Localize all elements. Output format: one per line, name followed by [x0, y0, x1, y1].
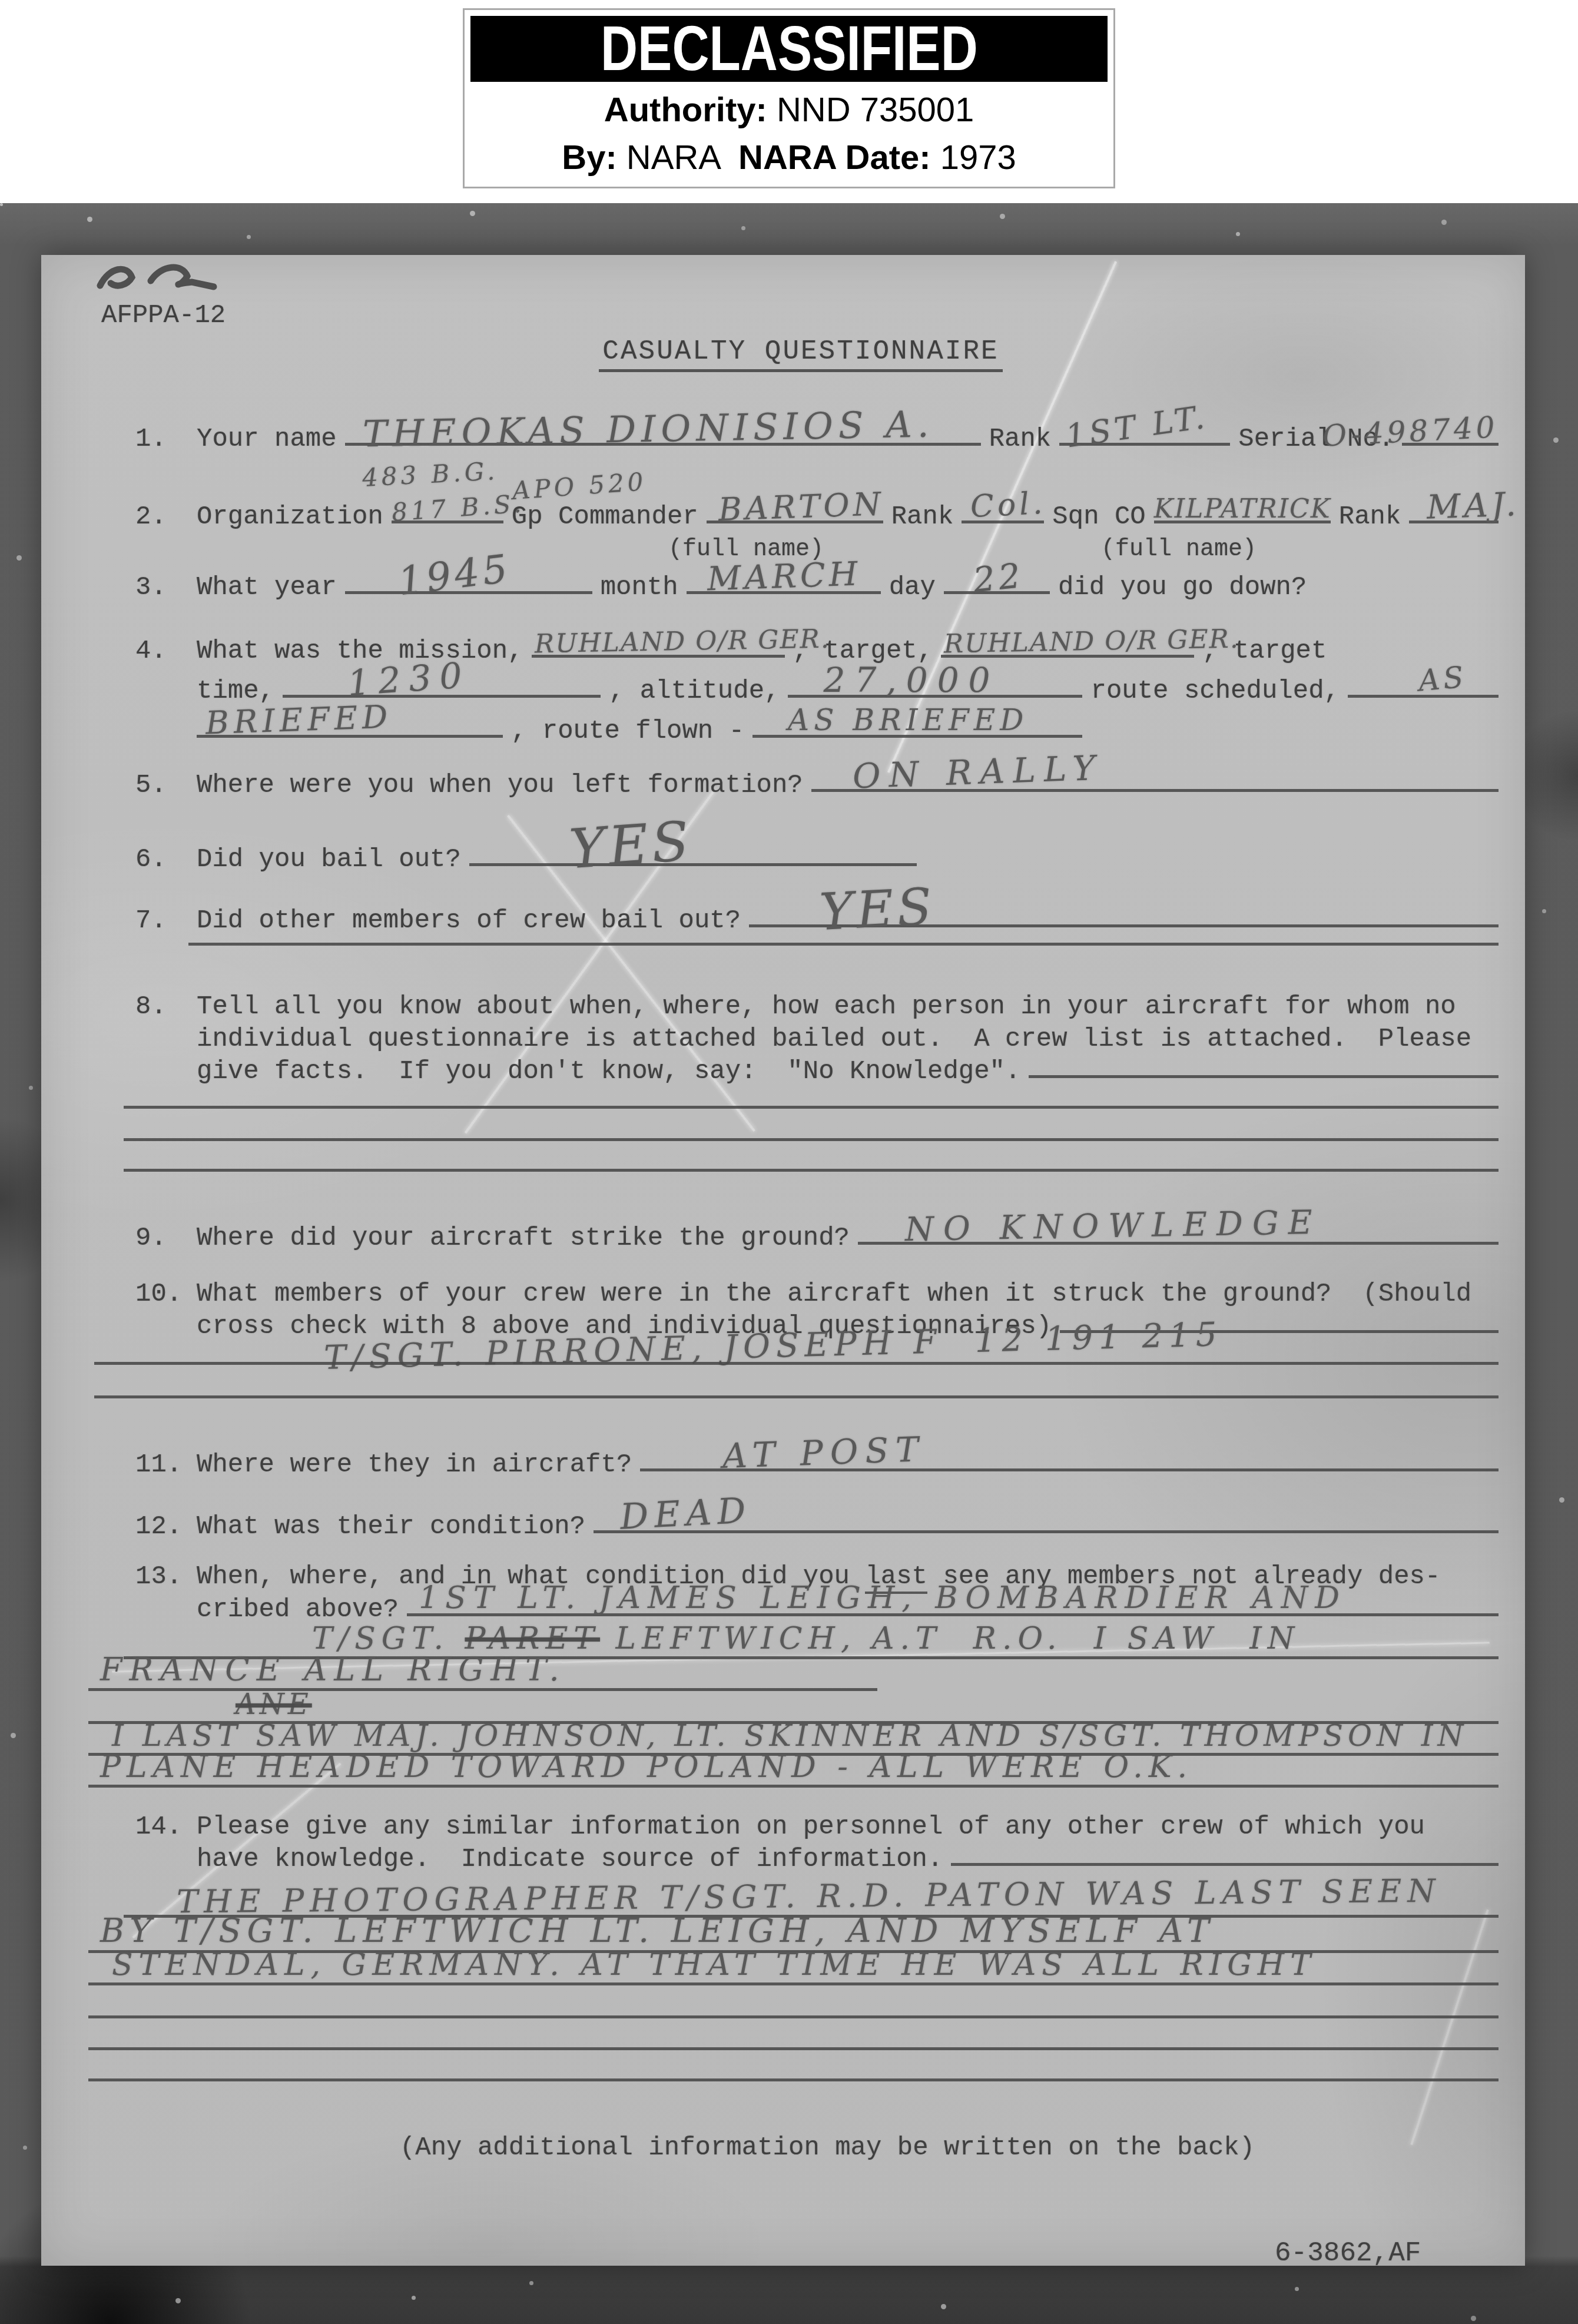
q4-row1: 4. What was the mission, RUHLAND O/R GER… [135, 636, 1499, 666]
declassified-stamp: DECLASSIFIED Authority: NND 735001 By: N… [463, 8, 1115, 188]
q3-suffix: did you go down? [1058, 573, 1307, 602]
q13-row2: cribed above? 1ST LT. JAMES LEIGH, BOMBA… [135, 1595, 1499, 1625]
footer-note: (Any additional information may be writt… [400, 2133, 1255, 2163]
q6-label: Did you bail out? [197, 845, 461, 874]
q1-serial-answer: O-498740 [1322, 412, 1499, 451]
q3-day-answer: 22 [972, 558, 1025, 598]
q8-text-line3: give facts. If you don't know, say: "No … [197, 1057, 1020, 1086]
q13-answer-line4-struck: ANE [236, 1690, 312, 1719]
q1-label: Your name [197, 425, 337, 454]
q9-label: Where did your aircraft strike the groun… [197, 1224, 850, 1253]
q7-blank: YES [749, 915, 1499, 927]
q2-row: 2. Organization 817 B.S. Gp Commander BA… [135, 502, 1499, 532]
q1-number: 1. [135, 425, 188, 454]
q7-label: Did other members of crew bail out? [197, 906, 741, 936]
q4-target-blank: RUHLAND O/R GER. [941, 645, 1194, 658]
q2-rank2-blank: MAJ. [1409, 511, 1499, 523]
form-title: CASUALTY QUESTIONNAIRE [599, 336, 1002, 372]
q13-answer-line5: I LAST SAW MAJ. JOHNSON, LT. SKINNER AND… [112, 1721, 1468, 1751]
paper: AFPPA-12 CASUALTY QUESTIONNAIRE 1. Your … [41, 255, 1525, 2266]
blank-line [124, 1138, 1499, 1141]
q2-org-answer: 817 B.S. [391, 491, 526, 525]
doc-number: 6-3862,AF [1275, 2238, 1421, 2269]
q2-rank1-answer: Col. [970, 488, 1047, 523]
q7-answer: YES [818, 881, 937, 938]
q4-route-sched-answer2: BRIEFED [205, 701, 393, 739]
q7-number: 7. [135, 906, 188, 936]
q4-number: 4. [135, 636, 188, 666]
q8-text-line2: individual questionnaire is attached bai… [197, 1025, 1471, 1054]
q4-altitude-blank: 27,000 [788, 685, 1082, 698]
q9-blank: NO KNOWLEDGE [858, 1232, 1499, 1245]
q2-sqn-label: Sqn CO [1052, 502, 1145, 532]
stamp-authority-value: NND 735001 [777, 91, 974, 129]
blank-line [188, 943, 1499, 946]
q3-month-answer: MARCH [707, 558, 861, 596]
q13-answer1-blank: 1ST LT. JAMES LEIGH, BOMBARDIER AND [407, 1604, 1499, 1616]
q13-answer-line2: T/SGT. PARET LEFTWICH, A.T R.O. I SAW IN [312, 1623, 1300, 1654]
q7-row: 7. Did other members of crew bail out? Y… [135, 906, 1499, 936]
q4-line1-label: What was the mission, [197, 636, 523, 666]
q4-mission-blank: RUHLAND O/R GER. [532, 645, 785, 658]
q9-row: 9. Where did your aircraft strike the gr… [135, 1224, 1499, 1253]
stamp-date-value: 1973 [940, 138, 1016, 177]
q2-rank1-label: Rank [891, 502, 954, 532]
blank-line [124, 1169, 1499, 1172]
q4-route-flown-label: , route flown - [511, 717, 744, 746]
q11-number: 11. [135, 1450, 188, 1480]
q8-row2: individual questionnaire is attached bai… [135, 1025, 1499, 1054]
q3-number: 3. [135, 573, 188, 602]
q13-answer-line1: 1ST LT. JAMES LEIGH, BOMBARDIER AND [419, 1583, 1347, 1613]
q6-blank: YES [469, 854, 917, 866]
q11-blank: AT POST [640, 1459, 1499, 1471]
q13-answer-line3: FRANCE ALL RIGHT. [100, 1654, 566, 1686]
form-number-row: AFPPA-12 [101, 301, 226, 330]
q2-rank2-answer: MAJ. [1426, 488, 1520, 524]
q11-label: Where were they in aircraft? [197, 1450, 632, 1480]
q2-fullname-note-2: (full name) [1101, 536, 1257, 563]
blank-line [88, 2015, 1499, 2018]
stamp-authority-label: Authority: [604, 91, 767, 129]
stamp-banner: DECLASSIFIED [470, 16, 1108, 82]
q12-number: 12. [135, 1512, 188, 1541]
q2-sqn-answer: KILPATRICK [1154, 496, 1331, 522]
q8-number: 8. [135, 992, 188, 1022]
q1-name-answer: THEOKAS DIONISIOS A. [362, 406, 934, 453]
q12-blank: DEAD [594, 1521, 1499, 1533]
q4-target-answer: RUHLAND O/R GER. [944, 626, 1239, 658]
q2-note-apo: APO 520 [512, 469, 648, 503]
q11-row: 11. Where were they in aircraft? AT POST [135, 1450, 1499, 1480]
q4-time-blank: 1230 [283, 685, 601, 698]
q14-blank-partial [951, 1854, 1499, 1866]
q5-answer: ON RALLY [852, 751, 1104, 794]
q5-number: 5. [135, 771, 188, 800]
q14-row1: 14. Please give any similar information … [135, 1812, 1499, 1842]
q1-name-blank: THEOKAS DIONISIOS A. [345, 433, 981, 446]
scan-dust-speckles [0, 203, 3, 206]
q4-route-sched-label: route scheduled, [1090, 677, 1339, 706]
q4-row3: BRIEFED , route flown - AS BRIEFED [135, 717, 1082, 746]
stamp-by-label: By: [562, 138, 616, 177]
q13-answer-line2-rest: LEFTWICH, A.T R.O. I SAW IN [600, 1621, 1300, 1656]
q2-number: 2. [135, 502, 188, 532]
stamp-by-line: By: NARA NARA Date: 1973 [470, 138, 1108, 177]
q3-day-blank: 22 [944, 582, 1050, 594]
q4-route-flown-answer: AS BRIEFED [788, 705, 1028, 735]
q2-gp-label: Gp Commander [512, 502, 698, 532]
q9-answer: NO KNOWLEDGE [905, 1206, 1322, 1246]
q14-answer-line2: BY T/SGT. LEFTWICH LT. LEIGH, AND MYSELF… [100, 1915, 1215, 1948]
stamp-date-label: NARA Date: [738, 138, 931, 177]
q2-label: Organization [197, 502, 383, 532]
crease-line [1410, 1909, 1489, 2146]
blank-line [124, 1106, 1499, 1109]
form-number: AFPPA-12 [101, 301, 226, 330]
q10-row1: 10. What members of your crew were in th… [135, 1279, 1499, 1309]
stamp-title: DECLASSIFIED [601, 12, 978, 85]
ink-scribble [93, 258, 228, 300]
q3-day-label: day [889, 573, 936, 602]
footer-note-row: (Any additional information may be writt… [41, 2133, 1525, 2163]
q6-number: 6. [135, 845, 188, 874]
q1-row: 1. Your name THEOKAS DIONISIOS A. Rank 1… [135, 425, 1499, 454]
q14-answer3-line: STENDAL, GERMANY. AT THAT TIME HE WAS AL… [88, 1982, 1499, 1985]
q12-row: 12. What was their condition? DEAD [135, 1512, 1499, 1541]
q13-answer-line6: PLANE HEADED TOWARD POLAND - ALL WERE O.… [100, 1752, 1193, 1782]
q10-text-line1: What members of your crew were in the ai… [197, 1279, 1471, 1309]
q2-gp-answer: BARTON [718, 488, 885, 526]
q14-answer-line3: STENDAL, GERMANY. AT THAT TIME HE WAS AL… [112, 1950, 1317, 1980]
blank-line [88, 2078, 1499, 2081]
q14-number: 14. [135, 1812, 188, 1842]
q8-blank-partial [1029, 1066, 1499, 1078]
q4-altitude-label: , altitude, [609, 677, 780, 706]
q13-text-line2: cribed above? [197, 1595, 399, 1625]
q11-answer: AT POST [722, 1432, 926, 1473]
q10-answer-line [94, 1362, 1499, 1365]
q13-number: 13. [135, 1562, 188, 1592]
q1-rank-label: Rank [989, 425, 1052, 454]
blank-line [94, 1395, 1499, 1398]
q12-label: What was their condition? [197, 1512, 585, 1541]
q4-route-sched-blank: AS [1348, 685, 1499, 698]
q13-answer3-line: FRANCE ALL RIGHT. [88, 1688, 877, 1691]
q8-text-line1: Tell all you know about when, where, how… [197, 992, 1456, 1022]
blank-line [88, 2047, 1499, 2050]
page: DECLASSIFIED Authority: NND 735001 By: N… [0, 0, 1578, 2324]
q2-rank1-blank: Col. [962, 511, 1044, 523]
q3-year-answer: 1945 [396, 549, 513, 602]
q12-answer: DEAD [619, 1493, 752, 1535]
q2-org-blank: 817 B.S. [392, 511, 503, 523]
q3-label: What year [197, 573, 337, 602]
q2-rank2-label: Rank [1339, 502, 1401, 532]
q1-serial-blank: O-498740 [1402, 433, 1499, 446]
q4-time-label: time, [197, 677, 274, 706]
q5-label: Where were you when you left formation? [197, 771, 803, 800]
q1-rank-answer: 1ST LT. [1064, 401, 1210, 452]
q8-row3: give facts. If you don't know, say: "No … [135, 1057, 1499, 1086]
q14-row2: have knowledge. Indicate source of infor… [135, 1845, 1499, 1874]
stamp-by-value: NARA [626, 138, 720, 177]
q2-sqn-blank: KILPATRICK [1154, 511, 1331, 523]
q2-note-group: 483 B.G. [362, 459, 499, 490]
q4-route-sched-answer: AS [1417, 662, 1468, 696]
q14-text-line2: have knowledge. Indicate source of infor… [197, 1845, 943, 1874]
q14-text-line1: Please give any similar information on p… [197, 1812, 1425, 1842]
q3-month-label: month [601, 573, 678, 602]
q9-number: 9. [135, 1224, 188, 1253]
q4-route-sched2-blank: BRIEFED [197, 725, 503, 738]
q13-answer6-line: PLANE HEADED TOWARD POLAND - ALL WERE O.… [88, 1785, 1499, 1788]
q4-route-flown-blank: AS BRIEFED [752, 725, 1082, 738]
q6-row: 6. Did you bail out? YES [135, 845, 917, 874]
q4-altitude-answer: 27,000 [823, 663, 999, 697]
q4-mission-answer: RUHLAND O/R GER. [534, 626, 830, 658]
stamp-box: DECLASSIFIED Authority: NND 735001 By: N… [463, 8, 1115, 188]
form-title-row: CASUALTY QUESTIONNAIRE [41, 336, 1525, 372]
q3-year-blank: 1945 [345, 582, 592, 594]
q6-answer: YES [568, 814, 694, 877]
q8-row1: 8. Tell all you know about when, where, … [135, 992, 1499, 1022]
q3-row: 3. What year 1945 month MARCH day 22 did… [135, 573, 1499, 602]
q5-blank: ON RALLY [811, 780, 1499, 792]
q5-row: 5. Where were you when you left formatio… [135, 771, 1499, 800]
q2-gp-blank: BARTON [707, 511, 883, 523]
q10-number: 10. [135, 1279, 188, 1309]
q1-rank-blank: 1ST LT. [1059, 433, 1230, 446]
scanned-document: AFPPA-12 CASUALTY QUESTIONNAIRE 1. Your … [0, 203, 1578, 2324]
stamp-authority-line: Authority: NND 735001 [470, 90, 1108, 130]
q3-month-blank: MARCH [687, 582, 881, 594]
q4-time-answer: 1230 [346, 658, 471, 701]
